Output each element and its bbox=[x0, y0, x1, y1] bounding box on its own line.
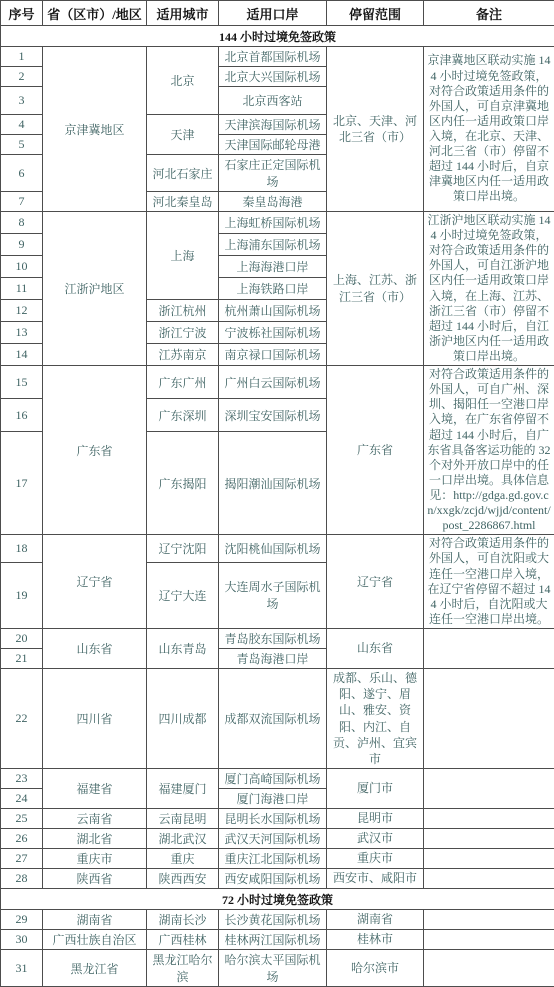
cell-stay: 武汉市 bbox=[327, 829, 424, 849]
cell-no: 5 bbox=[1, 135, 43, 155]
cell-province: 湖南省 bbox=[43, 910, 147, 930]
cell-province: 广西壮族自治区 bbox=[43, 930, 147, 950]
cell-port: 宁波栎社国际机场 bbox=[219, 322, 327, 344]
cell-port: 上海虹桥国际机场 bbox=[219, 212, 327, 234]
cell-port: 天津滨海国际机场 bbox=[219, 115, 327, 135]
cell-port: 长沙黄花国际机场 bbox=[219, 910, 327, 930]
cell-no: 30 bbox=[1, 930, 43, 950]
cell-stay: 桂林市 bbox=[327, 930, 424, 950]
table-row: 23 福建省 福建厦门 厦门高崎国际机场 厦门市 bbox=[1, 769, 554, 789]
section-72h-title: 72 小时过境免签政策 bbox=[1, 889, 554, 910]
cell-note bbox=[424, 869, 554, 889]
table-row: 22 四川省 四川成都 成都双流国际机场 成都、乐山、德阳、遂宁、眉山、雅安、资… bbox=[1, 668, 554, 768]
cell-city: 四川成都 bbox=[147, 668, 219, 768]
cell-no: 2 bbox=[1, 67, 43, 87]
cell-city: 辽宁大连 bbox=[147, 562, 219, 628]
cell-port: 北京首都国际机场 bbox=[219, 47, 327, 67]
cell-port: 广州白云国际机场 bbox=[219, 366, 327, 399]
table-row: 15 广东省 广东广州 广州白云国际机场 广东省 对符合政策适用条件的外国人，可… bbox=[1, 366, 554, 399]
cell-province: 重庆市 bbox=[43, 849, 147, 869]
cell-stay: 西安市、咸阳市 bbox=[327, 869, 424, 889]
cell-no: 19 bbox=[1, 562, 43, 628]
cell-port: 厦门海港口岸 bbox=[219, 789, 327, 809]
cell-stay: 上海、江苏、浙江三省（市） bbox=[327, 212, 424, 366]
table-row: 31 黑龙江省 黑龙江哈尔滨 哈尔滨太平国际机场 哈尔滨市 bbox=[1, 950, 554, 987]
table-row: 25 云南省 云南昆明 昆明长水国际机场 昆明市 bbox=[1, 809, 554, 829]
cell-city: 福建厦门 bbox=[147, 769, 219, 809]
cell-no: 23 bbox=[1, 769, 43, 789]
cell-note bbox=[424, 829, 554, 849]
cell-port: 上海浦东国际机场 bbox=[219, 234, 327, 256]
cell-note bbox=[424, 950, 554, 987]
cell-no: 27 bbox=[1, 849, 43, 869]
cell-no: 11 bbox=[1, 278, 43, 300]
cell-no: 3 bbox=[1, 87, 43, 115]
cell-stay: 辽宁省 bbox=[327, 535, 424, 629]
cell-city: 上海 bbox=[147, 212, 219, 300]
cell-port: 昆明长水国际机场 bbox=[219, 809, 327, 829]
cell-note bbox=[424, 849, 554, 869]
cell-city: 天津 bbox=[147, 115, 219, 155]
cell-city: 广东广州 bbox=[147, 366, 219, 399]
cell-city: 江苏南京 bbox=[147, 344, 219, 366]
header-no: 序号 bbox=[1, 1, 43, 26]
cell-no: 17 bbox=[1, 432, 43, 535]
cell-port: 杭州萧山国际机场 bbox=[219, 300, 327, 322]
cell-province: 湖北省 bbox=[43, 829, 147, 849]
cell-no: 28 bbox=[1, 869, 43, 889]
cell-port: 哈尔滨太平国际机场 bbox=[219, 950, 327, 987]
cell-no: 24 bbox=[1, 789, 43, 809]
cell-stay: 山东省 bbox=[327, 628, 424, 668]
section-144h-title: 144 小时过境免签政策 bbox=[1, 26, 554, 47]
cell-port: 成都双流国际机场 bbox=[219, 668, 327, 768]
cell-port: 揭阳潮汕国际机场 bbox=[219, 432, 327, 535]
table-row: 28 陕西省 陕西西安 西安咸阳国际机场 西安市、咸阳市 bbox=[1, 869, 554, 889]
table-row: 1 京津冀地区 北京 北京首都国际机场 北京、天津、河北三省（市） 京津冀地区联… bbox=[1, 47, 554, 67]
cell-port: 沈阳桃仙国际机场 bbox=[219, 535, 327, 563]
cell-city: 山东青岛 bbox=[147, 628, 219, 668]
cell-no: 22 bbox=[1, 668, 43, 768]
cell-no: 6 bbox=[1, 155, 43, 192]
cell-no: 29 bbox=[1, 910, 43, 930]
cell-note: 江浙沪地区联动实施 144 小时过境免签政策，对符合政策适用条件的外国人，可自江… bbox=[424, 212, 554, 366]
cell-no: 12 bbox=[1, 300, 43, 322]
cell-province: 黑龙江省 bbox=[43, 950, 147, 987]
cell-note bbox=[424, 910, 554, 930]
cell-port: 深圳宝安国际机场 bbox=[219, 399, 327, 432]
table-row: 20 山东省 山东青岛 青岛胶东国际机场 山东省 bbox=[1, 628, 554, 648]
cell-port: 上海铁路口岸 bbox=[219, 278, 327, 300]
cell-port: 南京禄口国际机场 bbox=[219, 344, 327, 366]
table-row: 18 辽宁省 辽宁沈阳 沈阳桃仙国际机场 辽宁省 对符合政策适用条件的外国人，可… bbox=[1, 535, 554, 563]
table-header-row: 序号 省（区市）/地区 适用城市 适用口岸 停留范围 备注 bbox=[1, 1, 554, 26]
cell-province: 陕西省 bbox=[43, 869, 147, 889]
cell-city: 湖北武汉 bbox=[147, 829, 219, 849]
header-stay: 停留范围 bbox=[327, 1, 424, 26]
cell-port: 秦皇岛海港 bbox=[219, 192, 327, 212]
cell-city: 浙江宁波 bbox=[147, 322, 219, 344]
cell-city: 黑龙江哈尔滨 bbox=[147, 950, 219, 987]
cell-no: 15 bbox=[1, 366, 43, 399]
table-row: 30 广西壮族自治区 广西桂林 桂林两江国际机场 桂林市 bbox=[1, 930, 554, 950]
cell-city: 陕西西安 bbox=[147, 869, 219, 889]
cell-province: 江浙沪地区 bbox=[43, 212, 147, 366]
cell-note bbox=[424, 769, 554, 809]
cell-no: 1 bbox=[1, 47, 43, 67]
cell-port: 上海海港口岸 bbox=[219, 256, 327, 278]
cell-city: 北京 bbox=[147, 47, 219, 115]
cell-no: 13 bbox=[1, 322, 43, 344]
cell-no: 31 bbox=[1, 950, 43, 987]
cell-stay: 重庆市 bbox=[327, 849, 424, 869]
cell-province: 四川省 bbox=[43, 668, 147, 768]
cell-no: 18 bbox=[1, 535, 43, 563]
cell-port: 武汉天河国际机场 bbox=[219, 829, 327, 849]
cell-no: 14 bbox=[1, 344, 43, 366]
transit-visa-table: 序号 省（区市）/地区 适用城市 适用口岸 停留范围 备注 144 小时过境免签… bbox=[0, 0, 554, 987]
cell-port: 重庆江北国际机场 bbox=[219, 849, 327, 869]
cell-city: 河北秦皇岛 bbox=[147, 192, 219, 212]
cell-no: 4 bbox=[1, 115, 43, 135]
cell-city: 辽宁沈阳 bbox=[147, 535, 219, 563]
cell-province: 山东省 bbox=[43, 628, 147, 668]
section-144h-row: 144 小时过境免签政策 bbox=[1, 26, 554, 47]
cell-no: 16 bbox=[1, 399, 43, 432]
cell-stay: 厦门市 bbox=[327, 769, 424, 809]
cell-city: 云南昆明 bbox=[147, 809, 219, 829]
cell-port: 大连周水子国际机场 bbox=[219, 562, 327, 628]
header-province: 省（区市）/地区 bbox=[43, 1, 147, 26]
table-row: 29 湖南省 湖南长沙 长沙黄花国际机场 湖南省 bbox=[1, 910, 554, 930]
cell-port: 厦门高崎国际机场 bbox=[219, 769, 327, 789]
cell-no: 8 bbox=[1, 212, 43, 234]
header-port: 适用口岸 bbox=[219, 1, 327, 26]
cell-stay: 湖南省 bbox=[327, 910, 424, 930]
cell-city: 广东深圳 bbox=[147, 399, 219, 432]
cell-note bbox=[424, 628, 554, 668]
cell-stay: 昆明市 bbox=[327, 809, 424, 829]
cell-note bbox=[424, 809, 554, 829]
cell-port: 桂林两江国际机场 bbox=[219, 930, 327, 950]
cell-note: 对符合政策适用条件的外国人，可自沈阳或大连任一空港口岸入境，在辽宁省停留不超过 … bbox=[424, 535, 554, 629]
cell-province: 辽宁省 bbox=[43, 535, 147, 629]
cell-port: 北京大兴国际机场 bbox=[219, 67, 327, 87]
cell-no: 20 bbox=[1, 628, 43, 648]
cell-note bbox=[424, 930, 554, 950]
cell-stay: 哈尔滨市 bbox=[327, 950, 424, 987]
cell-port: 石家庄正定国际机场 bbox=[219, 155, 327, 192]
cell-port: 西安咸阳国际机场 bbox=[219, 869, 327, 889]
cell-city: 浙江杭州 bbox=[147, 300, 219, 322]
cell-no: 10 bbox=[1, 256, 43, 278]
cell-note: 京津冀地区联动实施 144 小时过境免签政策，对符合政策适用条件的外国人，可自京… bbox=[424, 47, 554, 212]
cell-city: 广东揭阳 bbox=[147, 432, 219, 535]
cell-city: 广西桂林 bbox=[147, 930, 219, 950]
cell-port: 青岛胶东国际机场 bbox=[219, 628, 327, 648]
cell-province: 云南省 bbox=[43, 809, 147, 829]
header-note: 备注 bbox=[424, 1, 554, 26]
cell-no: 7 bbox=[1, 192, 43, 212]
cell-no: 25 bbox=[1, 809, 43, 829]
table-row: 8 江浙沪地区 上海 上海虹桥国际机场 上海、江苏、浙江三省（市） 江浙沪地区联… bbox=[1, 212, 554, 234]
cell-no: 21 bbox=[1, 648, 43, 668]
header-city: 适用城市 bbox=[147, 1, 219, 26]
cell-stay: 北京、天津、河北三省（市） bbox=[327, 47, 424, 212]
cell-port: 北京西客站 bbox=[219, 87, 327, 115]
cell-note: 对符合政策适用条件的外国人，可自广州、深圳、揭阳任一空港口岸入境，在广东省停留不… bbox=[424, 366, 554, 535]
cell-stay: 广东省 bbox=[327, 366, 424, 535]
table-row: 27 重庆市 重庆 重庆江北国际机场 重庆市 bbox=[1, 849, 554, 869]
cell-port: 青岛海港口岸 bbox=[219, 648, 327, 668]
cell-port: 天津国际邮轮母港 bbox=[219, 135, 327, 155]
cell-city: 重庆 bbox=[147, 849, 219, 869]
cell-province: 广东省 bbox=[43, 366, 147, 535]
cell-note bbox=[424, 668, 554, 768]
cell-city: 河北石家庄 bbox=[147, 155, 219, 192]
table-row: 26 湖北省 湖北武汉 武汉天河国际机场 武汉市 bbox=[1, 829, 554, 849]
section-72h-row: 72 小时过境免签政策 bbox=[1, 889, 554, 910]
cell-no: 26 bbox=[1, 829, 43, 849]
cell-province: 京津冀地区 bbox=[43, 47, 147, 212]
cell-no: 9 bbox=[1, 234, 43, 256]
cell-stay: 成都、乐山、德阳、遂宁、眉山、雅安、资阳、内江、自贡、泸州、宜宾市 bbox=[327, 668, 424, 768]
cell-city: 湖南长沙 bbox=[147, 910, 219, 930]
